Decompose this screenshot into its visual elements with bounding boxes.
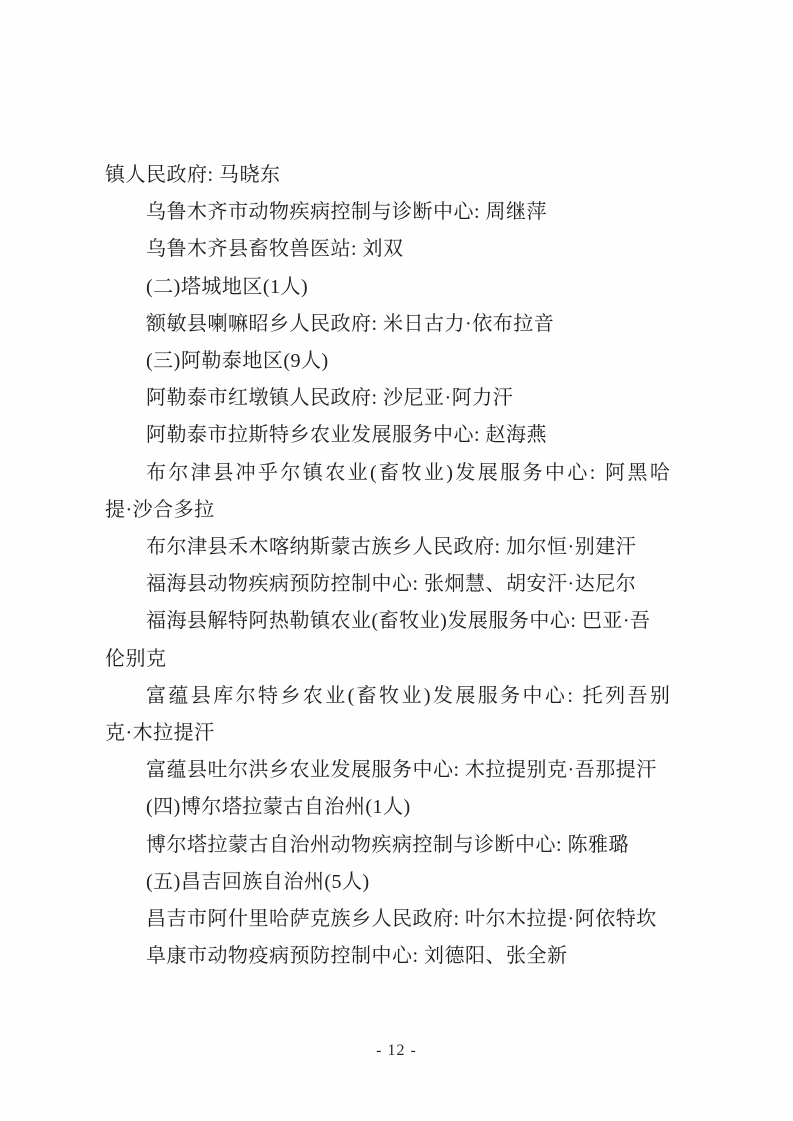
- text-line: (三)阿勒泰地区(9人): [105, 343, 701, 380]
- page-number: - 12 -: [376, 1042, 417, 1059]
- text-line: 福海县解特阿热勒镇农业(畜牧业)发展服务中心: 巴亚·吾: [105, 603, 701, 640]
- text-line: 额敏县喇嘛昭乡人民政府: 米日古力·依布拉音: [105, 306, 701, 343]
- text-line: 乌鲁木齐市动物疾病控制与诊断中心: 周继萍: [105, 194, 701, 231]
- page-footer: - 12 -: [0, 1042, 793, 1060]
- document-body: 镇人民政府: 马晓东乌鲁木齐市动物疾病控制与诊断中心: 周继萍乌鲁木齐县畜牧兽医…: [105, 157, 701, 975]
- text-line: 提·沙合多拉: [105, 492, 701, 529]
- text-line: 布尔津县禾木喀纳斯蒙古族乡人民政府: 加尔恒·别建汗: [105, 529, 701, 566]
- text-line: 布尔津县冲乎尔镇农业(畜牧业)发展服务中心: 阿黑哈: [105, 455, 701, 492]
- text-line: 伦别克: [105, 641, 701, 678]
- text-line: 镇人民政府: 马晓东: [105, 157, 701, 194]
- text-line: 博尔塔拉蒙古自治州动物疾病控制与诊断中心: 陈雅璐: [105, 827, 701, 864]
- document-page: 镇人民政府: 马晓东乌鲁木齐市动物疾病控制与诊断中心: 周继萍乌鲁木齐县畜牧兽医…: [0, 0, 793, 1121]
- text-line: 富蕴县库尔特乡农业(畜牧业)发展服务中心: 托列吾别: [105, 678, 701, 715]
- text-line: (五)昌吉回族自治州(5人): [105, 864, 701, 901]
- text-line: 福海县动物疾病预防控制中心: 张炯慧、胡安汗·达尼尔: [105, 566, 701, 603]
- text-line: 富蕴县吐尔洪乡农业发展服务中心: 木拉提别克·吾那提汗: [105, 752, 701, 789]
- text-line: (二)塔城地区(1人): [105, 269, 701, 306]
- text-line: 克·木拉提汗: [105, 715, 701, 752]
- text-line: 阿勒泰市拉斯特乡农业发展服务中心: 赵海燕: [105, 417, 701, 454]
- text-line: 乌鲁木齐县畜牧兽医站: 刘双: [105, 231, 701, 268]
- text-line: (四)博尔塔拉蒙古自治州(1人): [105, 789, 701, 826]
- text-line: 阜康市动物疫病预防控制中心: 刘德阳、张全新: [105, 938, 701, 975]
- text-line: 阿勒泰市红墩镇人民政府: 沙尼亚·阿力汗: [105, 380, 701, 417]
- text-line: 昌吉市阿什里哈萨克族乡人民政府: 叶尔木拉提·阿依特坎: [105, 901, 701, 938]
